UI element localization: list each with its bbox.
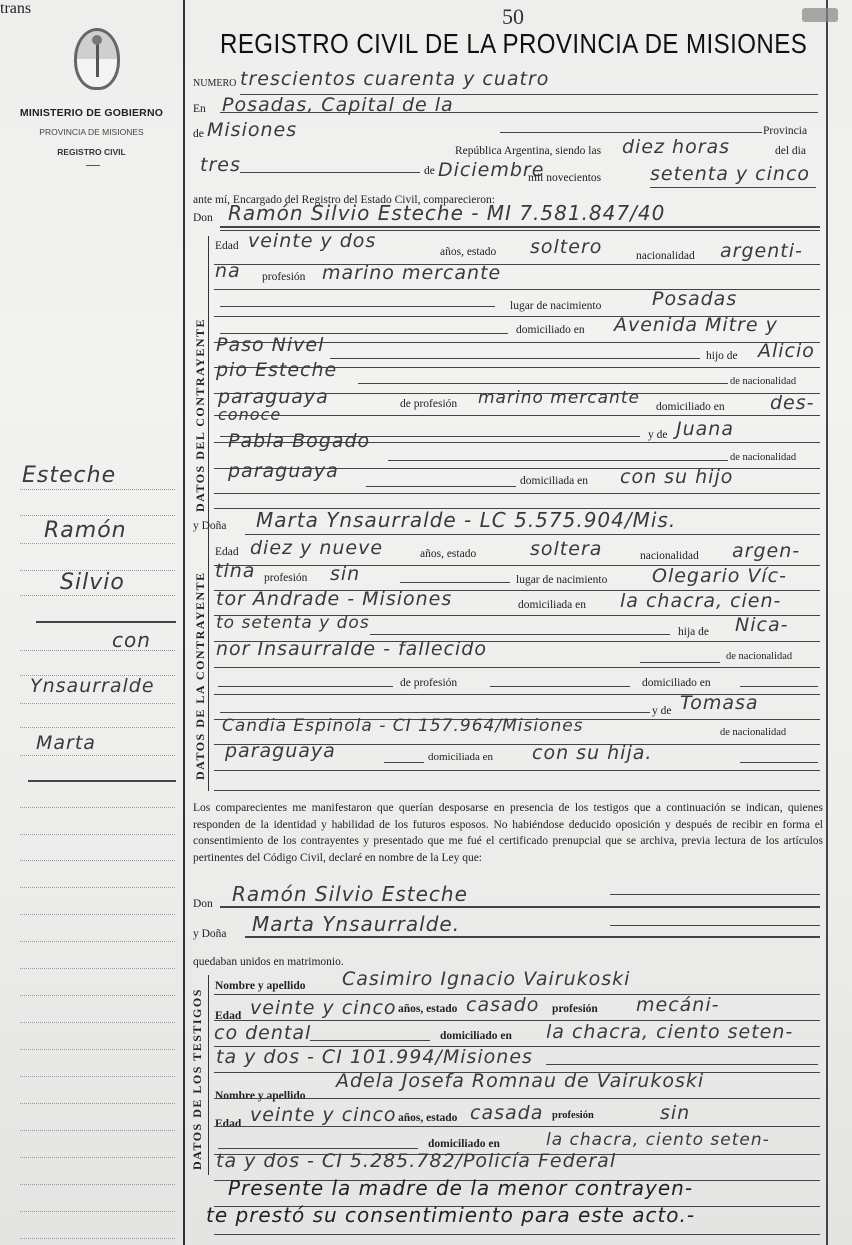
field-rule — [490, 686, 630, 687]
dotted-line — [20, 1211, 175, 1212]
field-rule — [214, 790, 820, 791]
don-label: Don — [193, 212, 213, 224]
field-rule — [214, 770, 820, 771]
field-rule — [220, 906, 820, 908]
dotted-line — [20, 650, 175, 651]
dotted-line — [20, 860, 175, 861]
witnesses-section-label: DATOS DE LOS TESTIGOS — [190, 988, 205, 1170]
field-rule — [610, 894, 820, 895]
groom-padre-cont: pio Esteche — [216, 359, 337, 381]
groom-lugar: Posadas — [652, 288, 737, 310]
profesion-label: profesión — [262, 271, 305, 283]
witnesses-bracket — [208, 975, 209, 1175]
bride-edad: diez y nueve — [250, 537, 383, 559]
field-rule — [384, 762, 424, 763]
page-title: REGISTRO CIVIL DE LA PROVINCIA DE MISION… — [220, 28, 807, 60]
witness2-profesion: sin — [660, 1102, 690, 1124]
bride-estado: soltera — [530, 538, 602, 560]
dona-label: y Doña — [193, 928, 227, 940]
numero-label: NUMERO — [193, 78, 236, 89]
declaration-text: Los comparecientes me manifestaron que q… — [193, 800, 823, 866]
dotted-line — [20, 1130, 175, 1131]
madre-nac-label: de nacionalidad — [730, 452, 796, 463]
bride-lugar: Olegario Víc- — [652, 565, 787, 587]
dotted-line — [20, 675, 175, 676]
field-rule — [500, 132, 762, 133]
witness2-nombre: Adela Josefa Romnau de Vairukoski — [336, 1070, 704, 1092]
groom-nacionalidad-cont: na — [215, 260, 241, 282]
registry-page: MINISTERIO DE GOBIERNO PROVINCIA DE MISI… — [0, 0, 852, 1245]
profesion-label: profesión — [264, 572, 307, 584]
nacionalidad-label: nacionalidad — [636, 250, 695, 262]
groom-estado: soltero — [530, 236, 602, 258]
dotted-line — [20, 515, 175, 516]
field-rule — [610, 925, 820, 926]
bride-madre: Tomasa — [680, 692, 759, 714]
bride-lugar-cont: tor Andrade - Misiones — [216, 588, 452, 610]
witness1-profesion-cont: co dental — [214, 1022, 311, 1044]
edad-label: Edad — [215, 546, 239, 558]
groom-madre: Juana — [676, 418, 734, 440]
anios-label: años, estado — [440, 246, 496, 258]
dotted-line — [20, 968, 175, 969]
groom-padre: Alicio — [758, 340, 815, 362]
page-number: 50 — [502, 4, 524, 30]
domicilio-label: domiciliado en — [516, 324, 585, 336]
padre-dom-label: domiciliado en — [656, 401, 725, 413]
field-rule — [218, 1148, 418, 1149]
don-label: Don — [193, 898, 213, 910]
field-rule — [214, 264, 820, 265]
nacionalidad-label: nacionalidad — [640, 550, 699, 562]
groom-domicilio: Avenida Mitre y — [614, 314, 778, 336]
field-rule — [330, 358, 700, 359]
field-rule — [245, 534, 820, 535]
field-rule — [214, 1234, 820, 1235]
dotted-line — [20, 995, 175, 996]
dotted-line — [20, 1076, 175, 1077]
field-rule — [650, 187, 816, 188]
divider — [28, 780, 176, 782]
witness1-nombre: Casimiro Ignacio Vairukoski — [342, 968, 630, 990]
hora-value: diez horas — [622, 136, 730, 158]
dia-value: tres — [200, 154, 241, 176]
margin-middle-name: Silvio — [60, 570, 125, 595]
anios-label: años, estado — [398, 1112, 457, 1124]
bride-madre-nac: paraguaya — [225, 740, 336, 762]
closing-text: quedaban unidos en matrimonio. — [193, 956, 344, 968]
divider — [86, 165, 100, 166]
province-label: PROVINCIA DE MISIONES — [0, 127, 183, 137]
groom-name: Ramón Silvio Esteche - MI 7.581.847/40 — [228, 201, 665, 225]
provincia-label: Provincia — [763, 125, 807, 137]
padre-nac-label: de nacionalidad — [726, 651, 792, 662]
groom-nacionalidad: argenti- — [720, 240, 803, 262]
record-stub: MINISTERIO DE GOBIERNO PROVINCIA DE MISI… — [0, 0, 183, 1245]
dotted-line — [20, 727, 175, 728]
nombre-label: Nombre y apellido — [215, 980, 306, 992]
field-rule — [740, 762, 818, 763]
registry-label: REGISTRO CIVIL — [0, 147, 183, 157]
hija-label: hija de — [678, 626, 709, 638]
groom-edad: veinte y dos — [248, 230, 376, 252]
edad-label: Edad — [215, 1118, 241, 1130]
dona-label: y Doña — [193, 520, 227, 532]
dotted-line — [20, 1157, 175, 1158]
field-rule — [388, 460, 728, 461]
bride-padre-cont: nor Insaurralde - fallecido — [216, 638, 487, 660]
bride-section-label: DATOS DE LA CONTRAYENTE — [193, 571, 208, 780]
nombre-label: Nombre y apellido — [215, 1090, 306, 1102]
padre-nac-label: de nacionalidad — [730, 376, 796, 387]
groom-domicilio-cont: Paso Nivel — [216, 334, 324, 356]
madre-dom-label: domiciliada en — [520, 475, 588, 487]
witness1-domicilio: la chacra, ciento seten- — [546, 1021, 793, 1043]
dotted-line — [20, 941, 175, 942]
dotted-line — [20, 807, 175, 808]
witness1-domicilio-cont: ta y dos - CI 101.994/Misiones — [216, 1046, 533, 1068]
del-dia-label: del dia — [775, 145, 806, 157]
anios-label: años, estado — [398, 1003, 457, 1015]
profesion-label: profesión — [552, 1110, 594, 1121]
anio-value: setenta y cinco — [650, 163, 810, 185]
padre-prof-label: de profesión — [400, 398, 457, 410]
dotted-line — [20, 755, 175, 756]
madre-dom-label: domiciliada en — [428, 751, 493, 763]
margin-con: con — [112, 628, 151, 652]
field-rule — [220, 712, 650, 713]
dotted-line — [20, 1022, 175, 1023]
witness1-estado: casado — [466, 994, 539, 1016]
dotted-line — [20, 595, 175, 596]
note-line-2: te prestó su consentimiento para este ac… — [206, 1203, 695, 1227]
dotted-line — [20, 1103, 175, 1104]
field-rule — [366, 486, 516, 487]
groom-padre-dom-cont: conoce — [218, 405, 281, 424]
field-rule — [220, 112, 818, 113]
bride-nacionalidad: argen- — [732, 540, 800, 562]
mil-novecientos-label: mil novecientos — [528, 172, 601, 184]
field-rule — [240, 172, 420, 173]
field-rule — [214, 1098, 820, 1099]
groom-padre-prof: marino mercante — [478, 388, 640, 408]
y-de-label: y de — [652, 705, 671, 717]
dotted-line — [20, 489, 175, 490]
bride-madre-dom: con su hija. — [532, 742, 652, 764]
argentina-coat-of-arms-icon — [74, 28, 120, 90]
field-rule — [214, 667, 820, 668]
witness1-edad: veinte y cinco — [250, 997, 397, 1019]
witness2-domicilio-cont: ta y dos - CI 5.285.782/Policía Federal — [216, 1150, 616, 1172]
groom-madre-dom: con su hijo — [620, 466, 733, 488]
witness2-estado: casada — [470, 1102, 543, 1124]
domicilio-label: domiciliado en — [440, 1030, 512, 1042]
numero-value: trescientos cuarenta y cuatro — [240, 68, 549, 90]
en-label: En — [193, 103, 206, 115]
field-rule — [740, 686, 818, 687]
field-rule — [214, 493, 820, 494]
margin-bride-surname: Ynsaurralde — [30, 675, 155, 697]
stamp-mark-icon — [802, 8, 838, 22]
dotted-line — [20, 543, 175, 544]
dotted-line — [20, 914, 175, 915]
de-label-2: de — [424, 165, 435, 177]
groom-profesion: marino mercante — [322, 262, 501, 284]
dotted-line — [20, 1049, 175, 1050]
witness2-edad: veinte y cinco — [250, 1104, 397, 1126]
domicilio-label: domiciliado en — [428, 1138, 500, 1150]
groom-madre-cont: Pabla Bogado — [228, 430, 370, 452]
dotted-line — [20, 1238, 175, 1239]
witness2-domicilio: la chacra, ciento seten- — [546, 1130, 770, 1150]
field-rule — [546, 1064, 818, 1065]
ministry-label: MINISTERIO DE GOBIERNO — [0, 107, 183, 119]
groom-madre-nac: paraguaya — [228, 460, 339, 482]
bride-domicilio: la chacra, cien- — [620, 590, 781, 612]
republica-label: República Argentina, siendo las — [455, 145, 601, 157]
de-label: de — [193, 128, 204, 140]
padre-prof-label: de profesión — [400, 677, 457, 689]
bride-padre: Nica- — [735, 614, 788, 636]
lugar-label: lugar de nacimiento — [510, 300, 601, 312]
margin-bride-name: Marta — [36, 732, 96, 754]
margin-surname: Esteche — [22, 463, 116, 488]
hijo-label: hijo de — [706, 350, 738, 362]
y-de-label: y de — [648, 429, 667, 441]
divider — [36, 621, 176, 623]
profesion-label: profesión — [552, 1003, 598, 1015]
bride-nacionalidad-cont: tina — [215, 560, 255, 582]
field-rule — [218, 686, 393, 687]
dotted-line — [20, 834, 175, 835]
dotted-line — [20, 887, 175, 888]
dotted-line — [20, 703, 175, 704]
field-rule — [358, 383, 728, 384]
field-rule — [400, 582, 510, 583]
contrayente-bracket — [208, 236, 209, 791]
padre-dom-label: domiciliado en — [642, 677, 711, 689]
page-right-border — [826, 0, 828, 1245]
field-rule — [214, 415, 820, 416]
field-rule — [245, 936, 820, 938]
bride-profesion: sin — [330, 563, 360, 585]
bride-name: Marta Ynsaurralde - LC 5.575.904/Mis. — [256, 508, 676, 532]
field-rule — [220, 306, 495, 307]
groom-padre-dom: des- — [770, 392, 815, 414]
stub-separator — [183, 0, 185, 1245]
bride-domicilio-cont: to setenta y dos — [216, 613, 370, 633]
bride-madre-cont: Candia Espinola - CI 157.964/Misiones — [222, 716, 584, 736]
margin-first-name: Ramón — [44, 518, 127, 543]
field-rule — [370, 634, 670, 635]
field-rule — [220, 226, 820, 228]
field-rule — [640, 662, 720, 663]
witness1-profesion: mecáni- — [636, 994, 719, 1016]
madre-nac-label: de nacionalidad — [720, 727, 786, 738]
anios-label: años, estado — [420, 548, 476, 560]
provincia-value: Misiones — [207, 119, 297, 141]
declaration-groom: Ramón Silvio Esteche — [232, 882, 468, 906]
note-line-1: Presente la madre de la menor contrayen- — [228, 1176, 693, 1200]
groom-section-label: DATOS DEL CONTRAYENTE — [193, 318, 208, 512]
lugar-label: lugar de nacimiento — [516, 574, 607, 586]
edad-label: Edad — [215, 240, 239, 252]
domicilio-label: domiciliada en — [518, 599, 586, 611]
declaration-bride: Marta Ynsaurralde. — [252, 912, 460, 936]
dotted-line — [20, 1184, 175, 1185]
field-rule — [214, 1126, 820, 1127]
field-rule — [310, 1040, 430, 1041]
